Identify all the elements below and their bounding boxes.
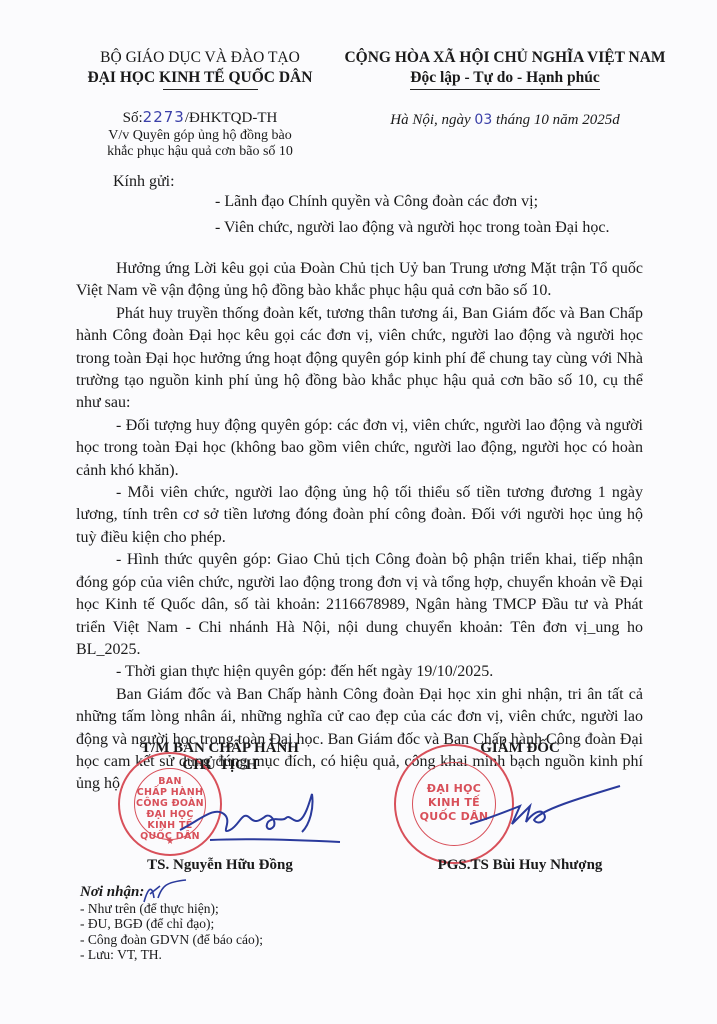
handwritten-signature-icon [460,780,630,840]
body-paragraph: Phát huy truyền thống đoàn kết, tương th… [76,303,643,415]
handwritten-number: 2273 [143,108,185,126]
body-paragraph: Hưởng ứng Lời kêu gọi của Đoàn Chủ tịch … [76,258,643,303]
greeting-recipients: - Lãnh đạo Chính quyền và Công đoàn các … [215,189,609,241]
header-underline [163,89,258,90]
document-number: Số:2273/ĐHKTQD-TH [80,108,320,128]
signer-name-left: TS. Nguyễn Hữu Đồng [100,857,340,874]
signer-role-line1: T/M BAN CHẤP HÀNH [100,740,340,757]
recipient-item: - Lưu: VT, TH. [80,947,263,963]
body-paragraph: - Hình thức quyên góp: Giao Chủ tịch Côn… [76,549,643,661]
recipient-item: - ĐU, BGĐ (để chỉ đạo); [80,916,263,932]
university-name: ĐẠI HỌC KINH TẾ QUỐC DÂN [80,68,320,88]
number-suffix: /ĐHKTQD-TH [185,110,277,126]
initials-mark-icon [140,878,190,908]
issuer-header: BỘ GIÁO DỤC VÀ ĐÀO TẠO ĐẠI HỌC KINH TẾ Q… [80,48,320,160]
document-date: Hà Nội, ngày 03 tháng 10 năm 2025d [330,110,680,130]
union-title: T/M BAN CHẤP HÀNH CHỦ TỊCH [100,740,340,774]
recipient-line: - Viên chức, người lao động và người học… [215,215,609,241]
ministry-name: BỘ GIÁO DỤC VÀ ĐÀO TẠO [80,48,320,68]
body-paragraph: - Thời gian thực hiện quyên góp: đến hết… [76,661,643,683]
union-signature-block: BAN CHẤP HÀNH CÔNG ĐOÀN ĐẠI HỌC KINH TẾ … [100,740,340,880]
signer-name-right: PGS.TS Bùi Huy Nhượng [400,857,640,874]
director-title: GIÁM ĐỐC [400,740,640,757]
body-paragraph: - Đối tượng huy động quyên góp: các đơn … [76,415,643,482]
signer-role-line2: CHỦ TỊCH [100,757,340,774]
number-prefix: Số: [123,110,143,126]
nation-name: CỘNG HÒA XÃ HỘI CHỦ NGHĨA VIỆT NAM [330,48,680,68]
recipient-item: - Công đoàn GDVN (để báo cáo); [80,932,263,948]
subject-line-1: V/v Quyên góp ủng hộ đồng bào [80,128,320,144]
handwritten-day: 03 [474,112,492,128]
director-signature-block: ĐẠI HỌC KINH TẾ QUỐC DÂN GIÁM ĐỐC PGS.TS… [400,740,640,880]
letter-body: Hưởng ứng Lời kêu gọi của Đoàn Chủ tịch … [76,258,643,796]
national-header: CỘNG HÒA XÃ HỘI CHỦ NGHĨA VIỆT NAM Độc l… [330,48,680,130]
recipient-line: - Lãnh đạo Chính quyền và Công đoàn các … [215,189,609,215]
subject-line-2: khắc phục hậu quả cơn bão số 10 [80,144,320,160]
handwritten-signature-icon [170,780,350,850]
body-paragraph: - Mỗi viên chức, người lao động ủng hộ t… [76,482,643,549]
date-prefix: Hà Nội, ngày [390,112,470,128]
national-motto: Độc lập - Tự do - Hạnh phúc [410,68,599,90]
date-suffix: tháng 10 năm 2025d [496,112,620,128]
greeting-label: Kính gửi: [113,173,175,191]
